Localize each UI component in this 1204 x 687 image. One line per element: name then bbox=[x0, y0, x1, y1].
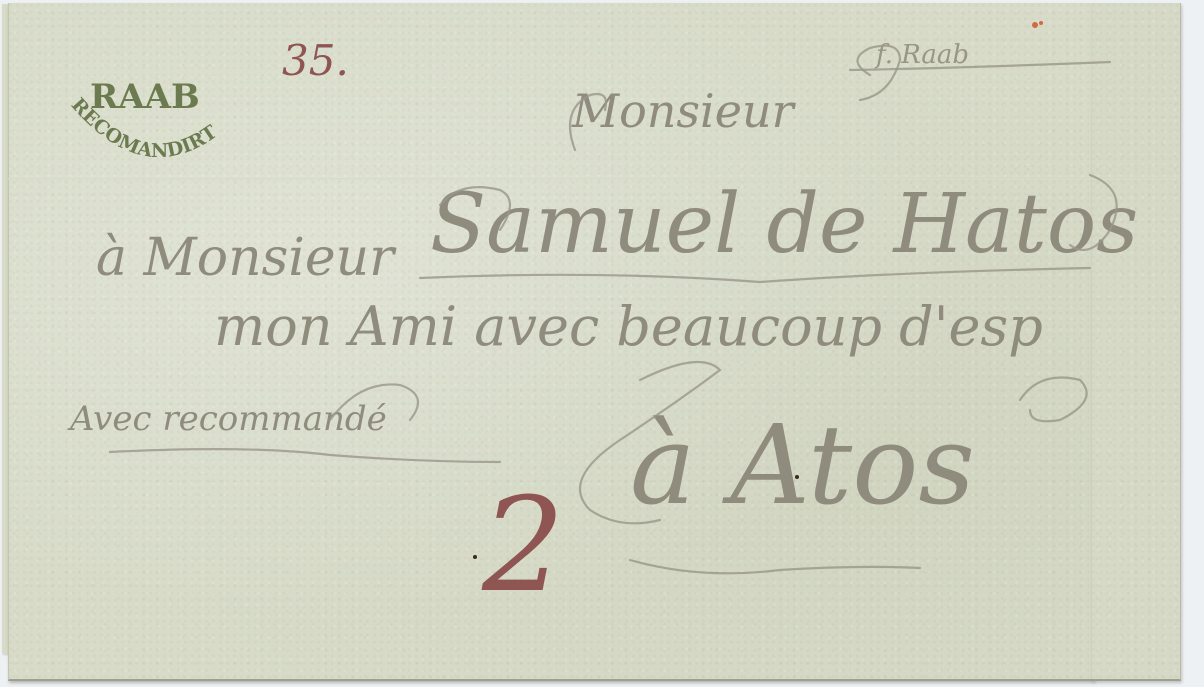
letter-cover-right-flap bbox=[1092, 3, 1181, 681]
address-friend-line: mon Ami avec beaucoup d'esp bbox=[214, 300, 1043, 354]
address-prefix: à Monsieur bbox=[96, 232, 394, 284]
letter-scan: RAAB RECOMANDIRT 35. f. Raab Monsieur à … bbox=[0, 0, 1204, 687]
rate-marking-top: 35. bbox=[282, 40, 349, 82]
postmark-icon: RAAB RECOMANDIRT bbox=[58, 62, 258, 182]
address-name: Samuel de Hatos bbox=[430, 184, 1138, 266]
annotation-top-right: f. Raab bbox=[876, 42, 969, 68]
address-destination: à Atos bbox=[630, 410, 975, 520]
rate-marking-bottom: 2 bbox=[482, 480, 565, 610]
registered-note: Avec recommandé bbox=[70, 402, 387, 436]
address-salutation: Monsieur bbox=[572, 88, 794, 134]
postmark-raab-recomandirt: RAAB RECOMANDIRT bbox=[58, 62, 258, 182]
postmark-town: RAAB bbox=[90, 77, 200, 117]
